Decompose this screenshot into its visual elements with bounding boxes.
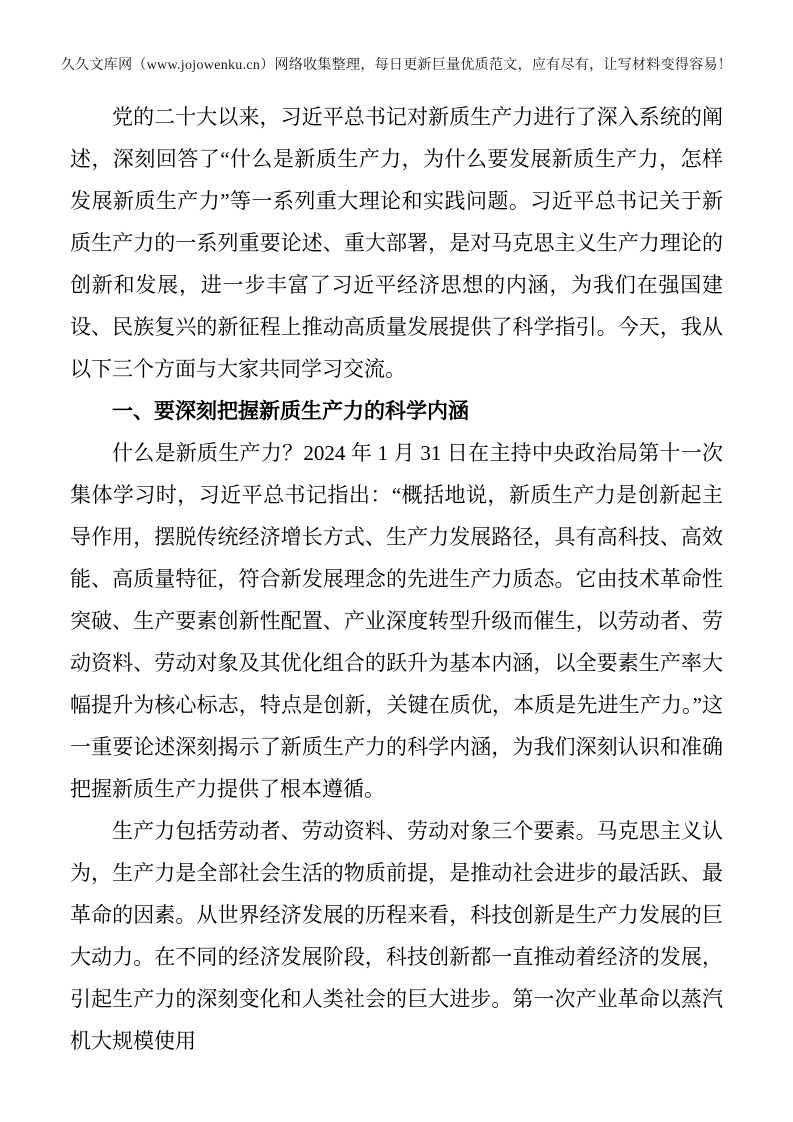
site-watermark-header: 久久文库网（www.jojowenku.cn）网络收集整理，每日更新巨量优质范文… xyxy=(40,54,753,74)
paragraph-productivity-elements: 生产力包括劳动者、劳动资料、劳动对象三个要素。马克思主义认为，生产力是全部社会生… xyxy=(70,810,723,1062)
paragraph-intro: 党的二十大以来，习近平总书记对新质生产力进行了深入系统的阐述，深刻回答了“什么是… xyxy=(70,96,723,390)
paragraph-definition-quote: 什么是新质生产力？2024 年 1 月 31 日在主持中央政治局第十一次集体学习… xyxy=(70,432,723,810)
document-body: 党的二十大以来，习近平总书记对新质生产力进行了深入系统的阐述，深刻回答了“什么是… xyxy=(70,96,723,1062)
section-heading-1: 一、要深刻把握新质生产力的科学内涵 xyxy=(70,390,723,432)
document-page: 久久文库网（www.jojowenku.cn）网络收集整理，每日更新巨量优质范文… xyxy=(0,0,793,1122)
